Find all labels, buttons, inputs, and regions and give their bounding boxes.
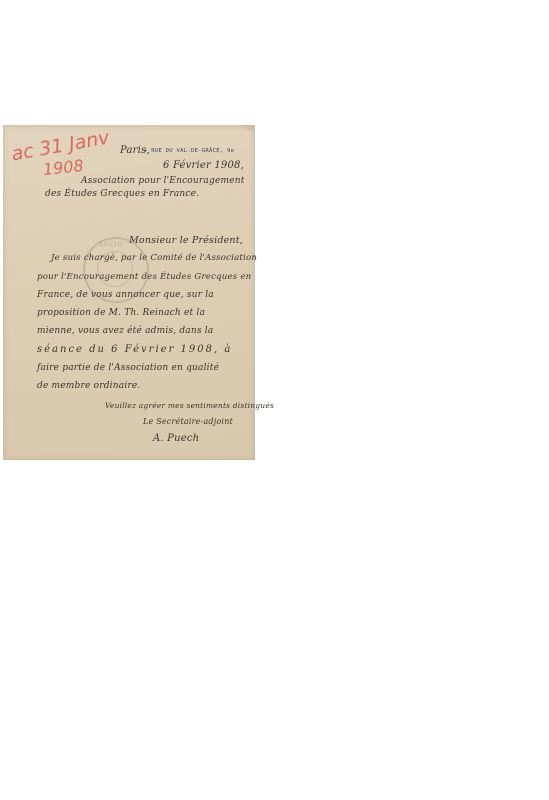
letter-paper: SOCIO ac 31 Janv 1908 Paris, + RUE DU VA… xyxy=(3,125,255,460)
salutation: Monsieur le Président, xyxy=(129,235,243,246)
body-line-1: Je suis chargé, par le Comité de l'Assoc… xyxy=(51,253,257,263)
body-line-3: France, de vous annoncer que, sur la xyxy=(37,290,214,300)
letterhead-address: + RUE DU VAL-DE-GRÂCE, 9e xyxy=(144,148,234,154)
stamp-text: SOCIO xyxy=(99,241,123,248)
closing-line-1: Veuillez agréer mes sentiments distingué… xyxy=(105,401,274,410)
body-line-6: séance du 6 Février 1908, à xyxy=(37,344,232,355)
heading-line-1: Association pour l'Encouragement xyxy=(81,176,245,186)
body-line-5: mienne, vous avez été admis, dans la xyxy=(37,326,213,336)
letter-date: 6 Février 1908, xyxy=(163,160,244,171)
body-line-7: faire partie de l'Association en qualité xyxy=(37,363,219,373)
heading-line-2: des Études Grecques en France. xyxy=(45,189,199,199)
body-line-8: de membre ordinaire. xyxy=(37,381,140,391)
signature: A. Puech xyxy=(153,433,199,444)
body-line-4: proposition de M. Th. Reinach et la xyxy=(37,308,205,318)
red-annotation-year: 1908 xyxy=(42,156,84,179)
closing-title: Le Secrétaire-adjoint xyxy=(143,417,233,426)
body-line-2: pour l'Encouragement des Études Grecques… xyxy=(37,272,251,282)
